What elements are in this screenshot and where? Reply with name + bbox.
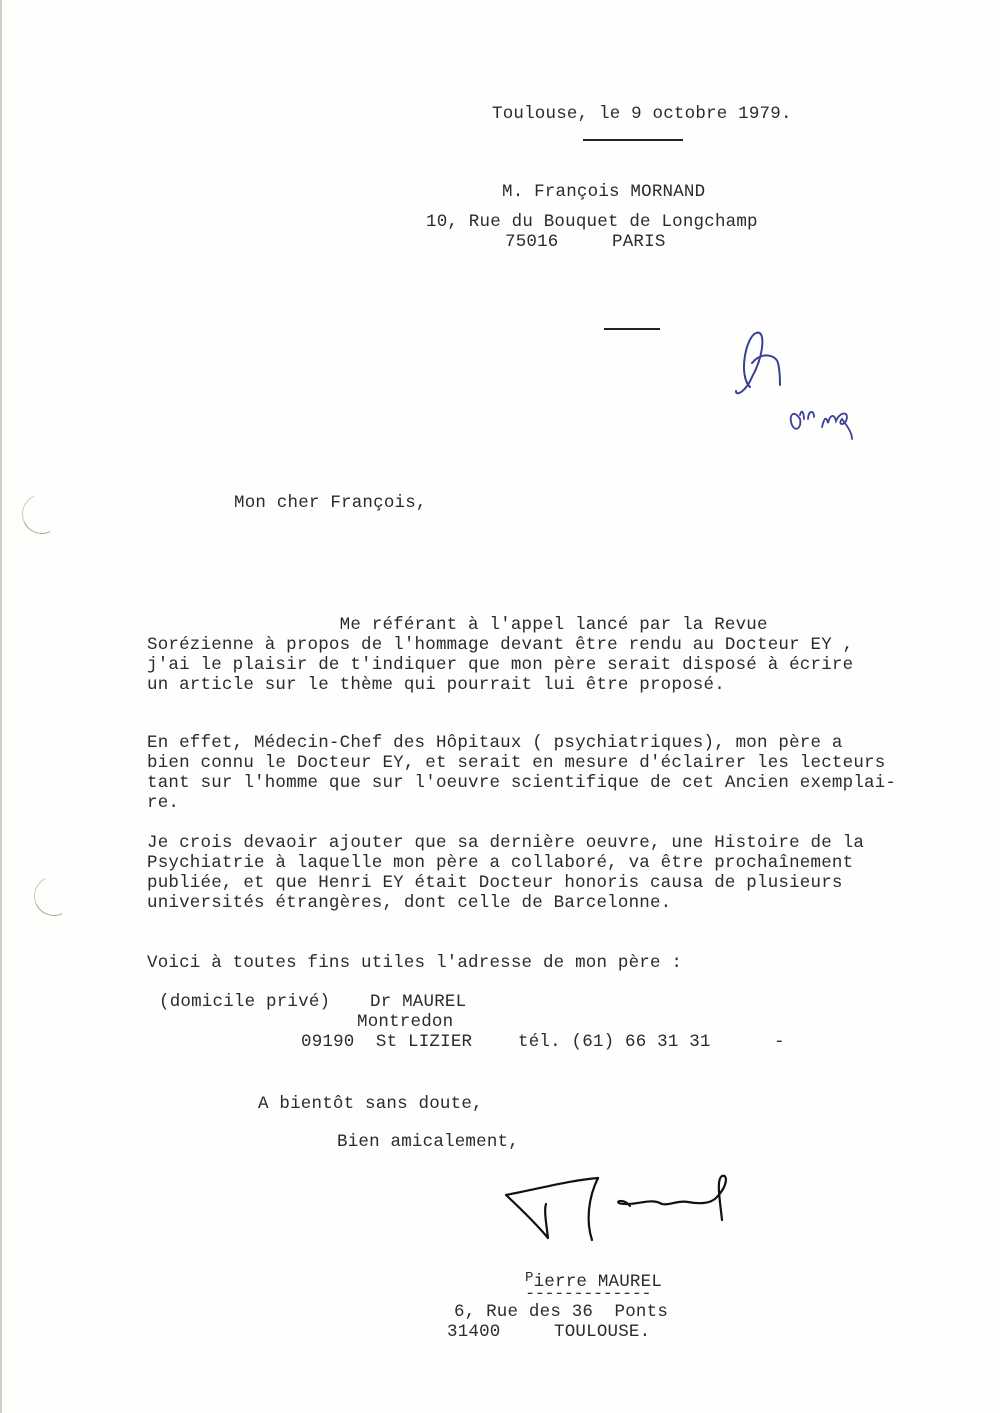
address-trailing-dash: - — [774, 1031, 785, 1053]
closing-line-2: Bien amicalement, — [337, 1131, 519, 1153]
sender-underline: ------------- — [525, 1290, 651, 1300]
recipient-name: M. François MORNAND — [502, 181, 705, 203]
paragraph-line: publiée, et que Henri EY était Docteur h… — [147, 872, 843, 894]
paragraph-line: j'ai le plaisir de t'indiquer que mon pè… — [147, 654, 853, 676]
date-rule — [583, 139, 683, 141]
paragraph-line: Je crois devaoir ajouter que sa dernière… — [147, 832, 864, 854]
paragraph-line: re. — [147, 792, 179, 814]
letter-page: Toulouse, le 9 octobre 1979. M. François… — [0, 0, 1000, 1413]
paragraph-line: tant sur l'homme que sur l'oeuvre scient… — [147, 772, 896, 794]
address-locality: Montredon — [357, 1011, 453, 1033]
paragraph-line: En effet, Médecin-Chef des Hôpitaux ( ps… — [147, 732, 843, 754]
address-name: Dr MAUREL — [370, 991, 466, 1013]
recipient-street: 10, Rue du Bouquet de Longchamp — [426, 211, 758, 233]
paragraph-line: un article sur le thème qui pourrait lui… — [147, 674, 725, 696]
paragraph-line: universités étrangères, dont celle de Ba… — [147, 892, 671, 914]
address-label: (domicile privé) — [159, 991, 330, 1013]
address-intro: Voici à toutes fins utiles l'adresse de … — [147, 952, 682, 974]
sender-city: 31400 TOULOUSE. — [447, 1321, 650, 1343]
paragraph-line: Psychiatrie à laquelle mon père a collab… — [147, 852, 853, 874]
sender-street: 6, Rue des 36 Ponts — [454, 1301, 668, 1323]
paragraph-line: bien connu le Docteur EY, et serait en m… — [147, 752, 885, 774]
handwritten-annotation — [722, 315, 862, 455]
punch-hole-top — [16, 488, 67, 539]
date-line: Toulouse, le 9 octobre 1979. — [492, 103, 792, 125]
separator-rule — [604, 328, 660, 330]
recipient-city: 75016 PARIS — [505, 231, 666, 253]
address-phone: tél. (61) 66 31 31 — [518, 1031, 711, 1053]
punch-hole-bottom — [28, 870, 79, 921]
address-postal-city: 09190 St LIZIER — [301, 1031, 472, 1053]
closing-line-1: A bientôt sans doute, — [258, 1093, 483, 1115]
signature — [502, 1170, 742, 1250]
paragraph-line: Me référant à l'appel lancé par la Revue — [147, 614, 768, 636]
salutation: Mon cher François, — [234, 492, 427, 514]
paragraph-line: Sorézienne à propos de l'hommage devant … — [147, 634, 853, 656]
sender-name-initial: P — [525, 1270, 534, 1286]
